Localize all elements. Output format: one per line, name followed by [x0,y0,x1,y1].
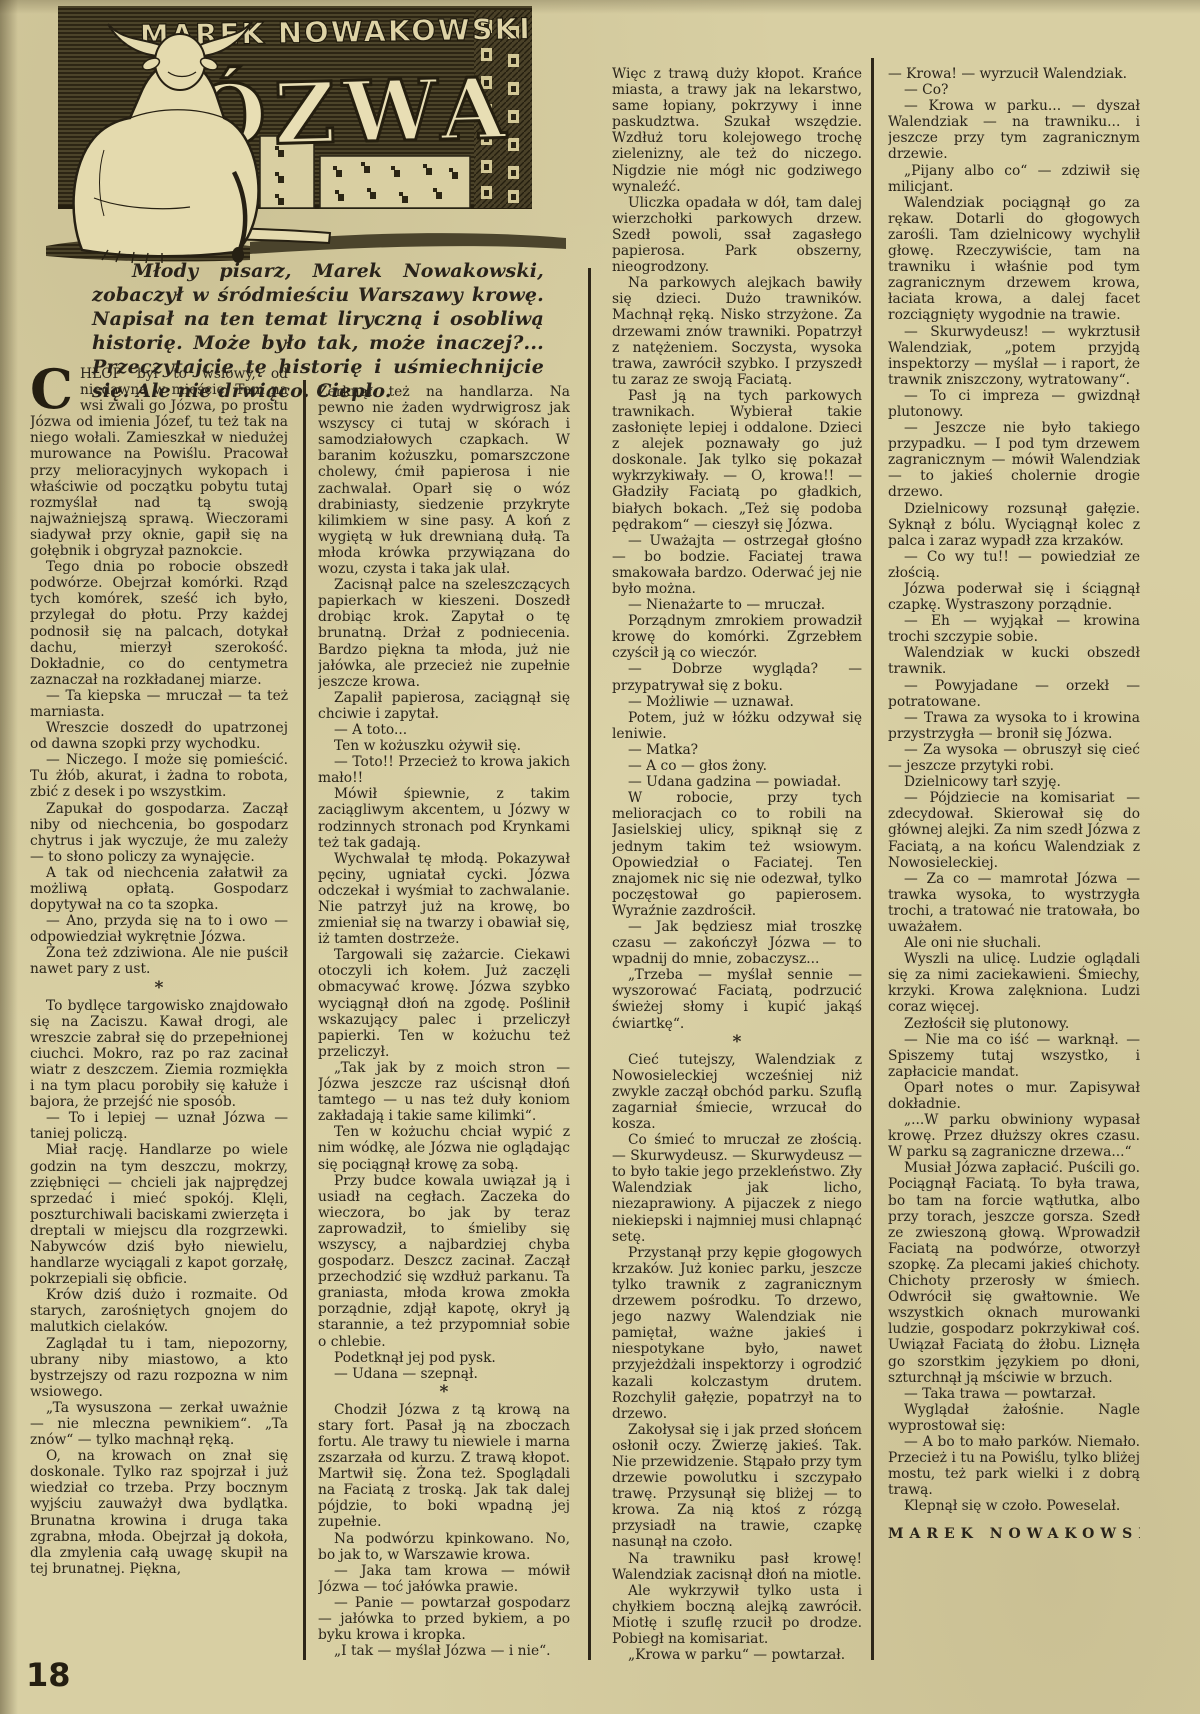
paragraph: Wychwalał tę młodą. Pokazywał pęciny, ug… [318,851,570,948]
paragraph: — Udana gadzina — powiadał. [612,774,862,790]
paragraph: Żona też zdziwiona. Ale nie puścił nawet… [30,945,288,977]
paragraph: — Jak będziesz miał troszkę czasu — zako… [612,919,862,967]
paragraph: — A toto... [318,722,570,738]
paragraph: — Niczego. I może się pomieścić. Tu żłób… [30,752,288,800]
paragraph: Chodził Józwa z tą krową na stary fort. … [318,1402,570,1531]
paragraph: — Za co — mamrotał Józwa — trawka wysoka… [888,871,1140,935]
paragraph: „I tak — myślał Józwa — i nie“. [318,1643,570,1659]
paragraph: Zezłościł się plutonowy. [888,1016,1140,1032]
paragraph: To bydlęce targowisko znajdowało się na … [30,998,288,1111]
paragraph: Krów dziś dużo i rozmaite. Od starych, z… [30,1287,288,1335]
column-rule [303,380,306,1660]
column-rule [588,268,591,1660]
paragraph: „Krowa w parku“ — powtarzał. [612,1647,862,1662]
paragraph: — Możliwie — uznawał. [612,694,862,710]
text-column-4: — Krowa! — wyrzucił Walendziak.— Co?— Kr… [888,66,1140,1662]
paragraph: Przystanął przy kępie głogowych krzaków.… [612,1245,862,1422]
paragraph: Walendziak w kucki obszedł trawnik. [888,645,1140,677]
paragraph: W robocie, przy tych melioracjach co to … [612,790,862,919]
paragraph: — Uważajta — ostrzegał głośno — bo bodzi… [612,533,862,597]
paragraph: Zapalił papierosa, zaciągnął się chciwie… [318,690,570,722]
paragraph: Klepnął się w czoło. Poweselał. [888,1498,1140,1514]
paragraph: Co śmieć to mruczał ze złością. — Skurwy… [612,1132,862,1245]
paragraph: Potem, już w łóżku odzywał się leniwie. [612,710,862,742]
paragraph: — Panie — powtarzał gospodarz — jałówka … [318,1595,570,1643]
paragraph: Wyszli na ulicę. Ludzie oglądali się za … [888,951,1140,1015]
paragraph: Porządnym zmrokiem prowadził krowę do ko… [612,613,862,661]
paragraph: Targowali się zażarcie. Ciekawi otoczyli… [318,947,570,1060]
paragraph: Wyglądał żałośnie. Nagle wyprostował się… [888,1402,1140,1434]
paragraph: — Dobrze wygląda? — przypatrywał się z b… [612,661,862,693]
paragraph: — Powyjadane — orzekł — potratowane. [888,678,1140,710]
paragraph: „...W parku obwiniony wypasał krowę. Prz… [888,1112,1140,1160]
paragraph: — Jaka tam krowa — mówił Józwa — toć jał… [318,1563,570,1595]
paragraph: Wreszcie doszedł do upatrzonej od dawna … [30,720,288,752]
paragraph: Zakołysał się i jak przed słońcem osłoni… [612,1422,862,1551]
text-column-1: CHŁOP był to wsiowy, od niedawna w mieśc… [30,366,288,1662]
paragraph: — Taka trawa — powtarzał. [888,1386,1140,1402]
paragraph: — A co — głos żony. [612,758,862,774]
paragraph: Ale wykrzywił tylko usta i chyłkiem bocz… [612,1583,862,1647]
paragraph: — Ta kiepska — mruczał — ta też marniast… [30,688,288,720]
paragraph: — Jeszcze nie było takiego przypadku. — … [888,420,1140,500]
paragraph: Walendziak pociągnął go za rękaw. Dotarl… [888,195,1140,324]
drop-cap: C [30,366,80,410]
paragraph: „Pijany albo co“ — zdziwił się milicjant… [888,163,1140,195]
paragraph: Ale oni nie słuchali. [888,935,1140,951]
paragraph: „Tak jak by z moich stron — Józwa jeszcz… [318,1060,570,1124]
paragraph: — Eh — wyjąkał — krowina trochi szczypie… [888,613,1140,645]
section-separator: * [30,980,288,996]
paragraph: Zacisnął palce na szeleszczących papierk… [318,577,570,690]
paragraph: — Nie ma co iść — warknął. — Spiszemy tu… [888,1032,1140,1080]
paragraph: — Toto!! Przecież to krowa jakich mało!! [318,754,570,786]
paragraph: — Udana — szepnął. [318,1366,570,1382]
paragraph: — Co wy tu!! — powiedział ze złością. [888,549,1140,581]
text-column-3: Więc z trawą duży kłopot. Krańce miasta,… [612,66,862,1662]
paragraph: — Za wysoka — obruszył się cieć — jeszcz… [888,742,1140,774]
paragraph: Tego dnia po robocie obszedł podwórze. O… [30,559,288,688]
paragraph: Cieć tutejszy, Walendziak z Nowosielecki… [612,1052,862,1132]
paragraph: — Co? [888,82,1140,98]
paragraph: A tak od niechcenia załatwił za możliwą … [30,865,288,913]
paragraph: Mówił śpiewnie, z takim zaciągliwym akce… [318,786,570,850]
paragraph: Pasł ją na tych parkowych trawnikach. Wy… [612,388,862,533]
paragraph: Ten w kożuszku ożywił się. [318,738,570,754]
paragraph: — Krowa w parku... — dyszał Walendziak —… [888,98,1140,162]
paragraph: Na parkowych alejkach bawiły się dzieci.… [612,275,862,388]
paragraph: — Krowa! — wyrzucił Walendziak. [888,66,1140,82]
magazine-page: { "header": { "author_banner": "MAREK NO… [0,0,1200,1714]
paragraph: Dzielnicowy rozsunął gałęzie. Syknął z b… [888,501,1140,549]
paragraph: — Skurwydeusz! — wykrztusił Walendziak, … [888,324,1140,388]
paragraph: — Ano, przyda się na to i owo — odpowied… [30,913,288,945]
paragraph: — A bo to mało parków. Niemało. Przecież… [888,1434,1140,1498]
paragraph: — Nienażarte to — mruczał. [612,597,862,613]
paragraph: Uliczka opadała w dół, tam dalej wierzch… [612,195,862,275]
paragraph: — To ci impreza — gwizdnął plutonowy. [888,388,1140,420]
paragraph: Józwa poderwał się i ściągnął czapkę. Wy… [888,581,1140,613]
paragraph: Zerknął też na handlarza. Na pewno nie ż… [318,384,570,577]
paragraph: — Pójdziecie na komisariat — zdecydował.… [888,790,1140,870]
paragraph: Ten w kożuchu chciał wypić z nim wódkę, … [318,1124,570,1172]
paragraph: Na podwórzu kpinkowano. No, bo jak to, w… [318,1531,570,1563]
paragraph: Podetknął jej pod pysk. [318,1350,570,1366]
paragraph: CHŁOP był to wsiowy, od niedawna w mieśc… [30,366,288,559]
paragraph: Zaglądał tu i tam, niepozorny, ubrany ni… [30,1336,288,1400]
paragraph: — Matka? [612,742,862,758]
paragraph: „Ta wysuszona — zerkał uważnie — nie mle… [30,1400,288,1448]
paragraph: Musiał Józwa zapłacić. Puścili go. Pocią… [888,1160,1140,1385]
section-separator: * [318,1384,570,1400]
paragraph: O, na krowach on znał się doskonale. Tyl… [30,1448,288,1577]
paragraph: Dzielnicowy tarł szyję. [888,774,1140,790]
column-rule [871,58,874,1660]
paragraph: Oparł notes o mur. Zapisywał dokładnie. [888,1080,1140,1112]
cow-illustration: MAREK NOWAKOWSKI JÓZWA [38,0,568,266]
text-column-2: Zerknął też na handlarza. Na pewno nie ż… [318,384,570,1662]
section-separator: * [612,1034,862,1050]
page-number: 18 [26,1656,71,1694]
paragraph: Na trawniku pasł krowę! Walendziak zacis… [612,1551,862,1583]
paragraph: — To i lepiej — uznał Józwa — taniej pol… [30,1110,288,1142]
paragraph: Więc z trawą duży kłopot. Krańce miasta,… [612,66,862,195]
paragraph: — Trawa za wysoka to i krowina przystrzy… [888,710,1140,742]
author-byline: MAREK NOWAKOWSKI [888,1526,1140,1542]
paragraph: „Trzeba — myślał sennie — wyszorować Fac… [612,967,862,1031]
paragraph: Miał rację. Handlarze po wiele godzin na… [30,1142,288,1287]
paragraph: Zapukał do gospodarza. Zaczął niby od ni… [30,801,288,865]
paragraph: Przy budce kowala uwiązał ją i usiadł na… [318,1173,570,1350]
